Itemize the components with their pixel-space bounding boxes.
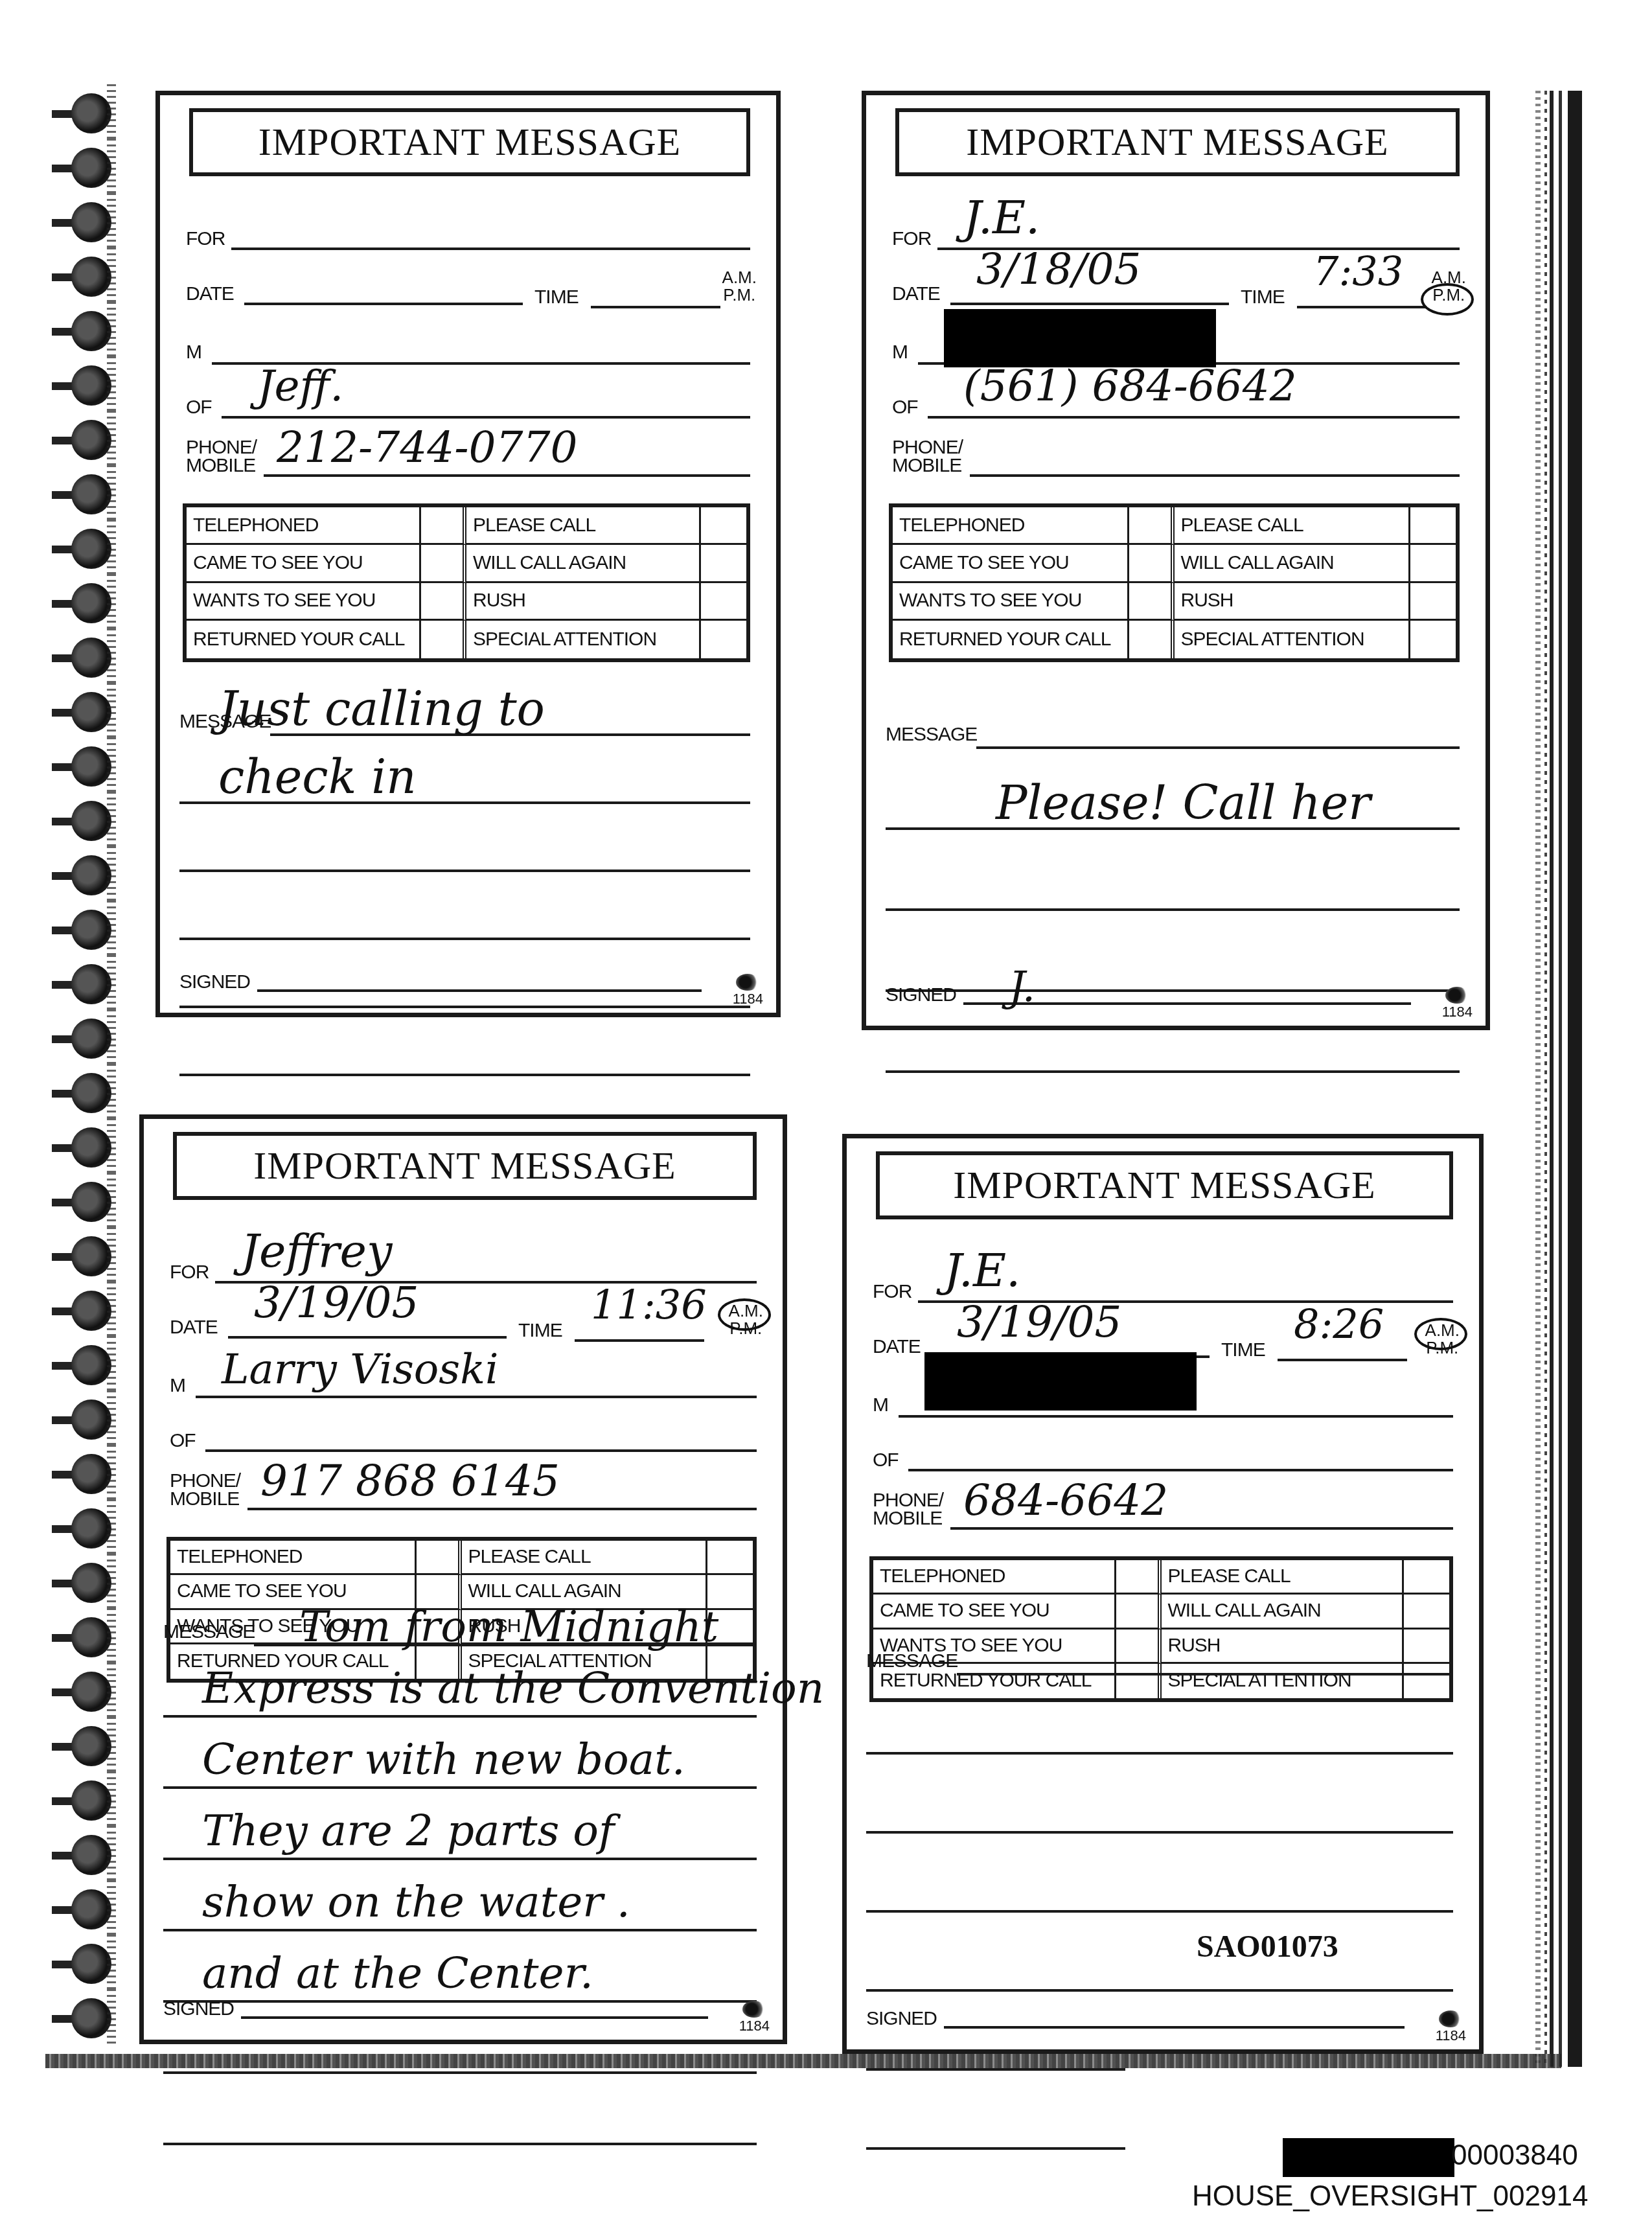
checkbox[interactable] <box>1410 583 1456 621</box>
message-rule <box>866 1752 1453 1755</box>
checkbox[interactable] <box>1410 507 1456 545</box>
spiral-ring-icon <box>52 1397 117 1445</box>
checkbox[interactable] <box>1129 621 1175 658</box>
checkbox[interactable] <box>707 1541 753 1575</box>
redaction-bar <box>924 1352 1197 1411</box>
checkbox[interactable] <box>1410 621 1456 658</box>
am-pm-indicator: A.M. P.M. <box>722 269 757 304</box>
form-title-box: IMPORTANT MESSAGE <box>173 1132 757 1200</box>
checkbox-grid: TELEPHONEDPLEASE CALLCAME TO SEE YOUWILL… <box>889 503 1460 662</box>
pm-label: P.M. <box>722 286 757 304</box>
of-label: OF <box>186 397 212 419</box>
message-rule <box>886 1070 1460 1073</box>
message-text-line: check in <box>218 750 417 804</box>
signed-label: SIGNED <box>163 1998 234 2020</box>
m-label: M <box>186 341 201 363</box>
checkbox-label: PLEASE CALL <box>466 507 701 545</box>
publisher-logo-icon <box>742 2001 766 2018</box>
phone-label: PHONE/MOBILE <box>170 1472 240 1508</box>
date-label: DATE <box>186 283 234 305</box>
for-value: J.E. <box>944 1244 1020 1297</box>
message-rule <box>866 1910 1453 1913</box>
checkbox-label: PLEASE CALL <box>1175 507 1411 545</box>
spiral-ring-icon <box>52 1669 117 1717</box>
spiral-ring-icon <box>52 1615 117 1663</box>
checkbox[interactable] <box>1129 507 1175 545</box>
checkbox-label: CAME TO SEE YOU <box>893 545 1129 582</box>
message-rule <box>866 2068 1125 2071</box>
m-label: M <box>892 341 908 363</box>
message-label: MESSAGE <box>163 1621 255 1643</box>
spiral-ring-icon <box>52 853 117 901</box>
message-text-line: Tom from Midnight <box>299 1602 718 1652</box>
checkbox-label: WANTS TO SEE YOU <box>893 583 1129 621</box>
for-label: FOR <box>892 228 931 250</box>
checkbox-label: PLEASE CALL <box>462 1541 708 1575</box>
checkbox-label: CAME TO SEE YOU <box>873 1595 1116 1629</box>
spiral-ring-icon <box>52 91 117 139</box>
spiral-ring-icon <box>52 472 117 520</box>
form-title-box: IMPORTANT MESSAGE <box>895 108 1460 176</box>
message-text-line: They are 2 parts of <box>202 1806 614 1856</box>
message-rule <box>163 1929 757 1931</box>
control-number: 00003840 <box>1451 2139 1578 2172</box>
form-title: IMPORTANT MESSAGE <box>966 120 1389 165</box>
message-rule <box>886 908 1460 911</box>
document-stamp: SAO01073 <box>1197 1929 1338 1964</box>
checkbox-label: WILL CALL AGAIN <box>1162 1595 1405 1629</box>
spiral-ring-icon <box>52 1070 117 1118</box>
form-title-box: IMPORTANT MESSAGE <box>876 1151 1453 1219</box>
message-rule <box>886 989 1460 992</box>
checkbox[interactable] <box>1129 583 1175 621</box>
spiral-ring-icon <box>52 1887 117 1935</box>
checkbox[interactable] <box>1404 1664 1449 1698</box>
checkbox-label: WANTS TO SEE YOU <box>187 583 421 621</box>
spiral-ring-icon <box>52 962 117 1009</box>
spiral-ring-icon <box>52 1016 117 1064</box>
form-number: 1184 <box>733 974 763 1006</box>
of-label: OF <box>892 397 918 419</box>
checkbox[interactable] <box>421 621 466 658</box>
time-value: 11:36 <box>591 1281 707 1328</box>
checkbox-label: RUSH <box>1175 583 1411 621</box>
spiral-ring-icon <box>52 145 117 193</box>
signed-label: SIGNED <box>866 2008 937 2030</box>
message-rule <box>179 1006 750 1008</box>
message-slip-3: IMPORTANT MESSAGE FOR Jeffrey DATE 3/19/… <box>139 1114 787 2044</box>
message-rule <box>179 1074 750 1076</box>
checkbox[interactable] <box>1404 1630 1449 1664</box>
checkbox[interactable] <box>701 621 746 658</box>
checkbox-label: SPECIAL ATTENTION <box>1175 621 1411 658</box>
phone-value: 684-6642 <box>963 1475 1168 1525</box>
phone-value: 917 868 6145 <box>260 1456 560 1506</box>
signed-label: SIGNED <box>886 984 956 1006</box>
checkbox-label: TELEPHONED <box>873 1560 1116 1595</box>
for-label: FOR <box>170 1261 209 1284</box>
message-rule <box>976 746 1460 749</box>
message-rule <box>179 870 750 872</box>
spiral-ring-icon <box>52 1996 117 2044</box>
message-rule <box>163 1786 757 1789</box>
date-label: DATE <box>873 1336 921 1358</box>
checkbox-label: RUSH <box>466 583 701 621</box>
message-rule <box>163 2143 757 2145</box>
message-rule <box>179 938 750 940</box>
message-text-line: Express is at the Convention <box>202 1663 824 1713</box>
checkbox-label: TELEPHONED <box>170 1541 417 1575</box>
time-label: TIME <box>518 1320 562 1342</box>
message-rule <box>163 2071 757 2074</box>
checkbox[interactable] <box>701 545 746 582</box>
checkbox[interactable] <box>1116 1630 1162 1664</box>
checkbox-label: SPECIAL ATTENTION <box>1162 1664 1405 1698</box>
phone-label: PHONE/MOBILE <box>873 1492 943 1528</box>
of-value: (561) 684-6642 <box>963 361 1297 411</box>
m-label: M <box>170 1375 185 1397</box>
checkbox-label: TELEPHONED <box>893 507 1129 545</box>
message-label: MESSAGE <box>866 1650 958 1672</box>
spiral-ring-icon <box>52 1778 117 1826</box>
bates-number: HOUSE_OVERSIGHT_002914 <box>1192 2180 1588 2213</box>
page-stack-edge <box>1535 91 1587 2067</box>
checkbox[interactable] <box>1129 545 1175 582</box>
checkbox-grid: TELEPHONEDPLEASE CALLCAME TO SEE YOUWILL… <box>869 1556 1453 1702</box>
am-pm-circle <box>1421 283 1474 316</box>
time-label: TIME <box>1221 1339 1265 1361</box>
spiral-ring-icon <box>52 254 117 302</box>
spiral-ring-icon <box>52 417 117 465</box>
am-label: A.M. <box>722 269 757 286</box>
message-rule <box>866 1831 1453 1834</box>
checkbox-label: WILL CALL AGAIN <box>1175 545 1411 582</box>
am-pm-circle <box>718 1298 771 1331</box>
message-rule <box>163 1858 757 1860</box>
checkbox[interactable] <box>421 507 466 545</box>
spiral-ring-icon <box>52 200 117 248</box>
date-label: DATE <box>170 1317 218 1339</box>
message-text-line: Please! Call her <box>996 776 1371 830</box>
signed-label: SIGNED <box>179 971 250 993</box>
checkbox[interactable] <box>417 1541 462 1575</box>
form-title: IMPORTANT MESSAGE <box>253 1144 676 1188</box>
time-label: TIME <box>1241 286 1285 308</box>
redaction-bar <box>1283 2138 1454 2177</box>
spiral-binding <box>52 91 123 2060</box>
spiral-ring-icon <box>52 1451 117 1499</box>
spiral-ring-icon <box>52 1560 117 1608</box>
checkbox[interactable] <box>1404 1595 1449 1629</box>
message-text-line: and at the Center. <box>202 1948 593 1998</box>
message-rule <box>163 1715 757 1718</box>
phone-label: PHONE/MOBILE <box>186 439 257 475</box>
date-label: DATE <box>892 283 940 305</box>
phone-label: PHONE/MOBILE <box>892 439 963 475</box>
checkbox[interactable] <box>701 583 746 621</box>
message-text-line: Just calling to <box>218 682 545 736</box>
of-label: OF <box>873 1449 899 1471</box>
form-title-box: IMPORTANT MESSAGE <box>189 108 750 176</box>
message-slip-4: IMPORTANT MESSAGE FOR J.E. DATE 3/19/05 … <box>842 1134 1484 2054</box>
message-slip-1: IMPORTANT MESSAGE FOR DATE TIME A.M. P.M… <box>155 91 781 1017</box>
message-rule <box>163 2000 757 2003</box>
form-title: IMPORTANT MESSAGE <box>953 1163 1376 1208</box>
message-text-line: show on the water . <box>202 1877 630 1927</box>
m-value: Larry Visoski <box>222 1346 498 1394</box>
message-slip-2: IMPORTANT MESSAGE FOR J.E. DATE 3/18/05 … <box>862 91 1490 1030</box>
checkbox[interactable] <box>1410 545 1456 582</box>
redaction-bar <box>944 309 1216 367</box>
am-pm-circle <box>1414 1318 1467 1350</box>
checkbox[interactable] <box>1116 1664 1162 1698</box>
checkbox[interactable] <box>701 507 746 545</box>
spiral-ring-icon <box>52 581 117 628</box>
spiral-ring-icon <box>52 1125 117 1173</box>
message-rule <box>957 1673 1453 1676</box>
date-value: 3/19/05 <box>957 1297 1121 1347</box>
spiral-ring-icon <box>52 635 117 683</box>
time-value: 7:33 <box>1313 248 1403 295</box>
for-value: J.E. <box>963 191 1040 244</box>
checkbox-label: TELEPHONED <box>187 507 421 545</box>
publisher-logo-icon <box>1445 987 1469 1004</box>
time-label: TIME <box>534 286 579 308</box>
form-number: 1184 <box>1442 987 1473 1019</box>
spiral-ring-icon <box>52 308 117 356</box>
spiral-ring-icon <box>52 1234 117 1282</box>
scan-edge <box>45 2054 1561 2068</box>
spiral-ring-icon <box>52 1723 117 1771</box>
message-text-line: Center with new boat. <box>202 1734 685 1784</box>
checkbox-label: RUSH <box>1162 1630 1405 1664</box>
for-value: Jeffrey <box>241 1225 393 1278</box>
of-value: Jeff. <box>257 361 343 411</box>
spiral-ring-icon <box>52 1342 117 1390</box>
form-number: 1184 <box>739 2001 770 2033</box>
spiral-ring-icon <box>52 1288 117 1336</box>
for-label: FOR <box>186 228 225 250</box>
checkbox[interactable] <box>1404 1560 1449 1595</box>
message-rule <box>866 1989 1453 1992</box>
checkbox-label: PLEASE CALL <box>1162 1560 1405 1595</box>
of-label: OF <box>170 1430 196 1452</box>
spiral-ring-icon <box>52 798 117 846</box>
spiral-ring-icon <box>52 744 117 792</box>
spiral-ring-icon <box>52 363 117 411</box>
date-value: 3/18/05 <box>976 244 1141 294</box>
checkbox[interactable] <box>1116 1560 1162 1595</box>
checkbox-label: WILL CALL AGAIN <box>466 545 701 582</box>
form-title: IMPORTANT MESSAGE <box>258 120 682 165</box>
checkbox[interactable] <box>421 583 466 621</box>
message-rule <box>866 2147 1125 2150</box>
message-label: MESSAGE <box>886 724 977 746</box>
spiral-ring-icon <box>52 689 117 737</box>
form-number: 1184 <box>1436 2010 1466 2043</box>
spiral-ring-icon <box>52 907 117 955</box>
publisher-logo-icon <box>1439 2010 1462 2027</box>
date-value: 3/19/05 <box>254 1278 419 1328</box>
checkbox-label: CAME TO SEE YOU <box>187 545 421 582</box>
checkbox-label: SPECIAL ATTENTION <box>466 621 701 658</box>
phone-value: 212-744-0770 <box>277 422 578 472</box>
m-label: M <box>873 1394 888 1416</box>
checkbox[interactable] <box>1116 1595 1162 1629</box>
checkbox-grid: TELEPHONEDPLEASE CALLCAME TO SEE YOUWILL… <box>183 503 750 662</box>
signed-value: J. <box>1009 963 1035 1011</box>
spiral-ring-icon <box>52 1941 117 1989</box>
spiral-ring-icon <box>52 526 117 574</box>
spiral-ring-icon <box>52 1832 117 1880</box>
time-value: 8:26 <box>1294 1300 1384 1348</box>
publisher-logo-icon <box>736 974 759 991</box>
checkbox-label: RETURNED YOUR CALL <box>187 621 421 658</box>
checkbox-label: RETURNED YOUR CALL <box>893 621 1129 658</box>
spiral-ring-icon <box>52 1179 117 1227</box>
checkbox[interactable] <box>421 545 466 582</box>
spiral-ring-icon <box>52 1506 117 1554</box>
for-label: FOR <box>873 1281 912 1303</box>
